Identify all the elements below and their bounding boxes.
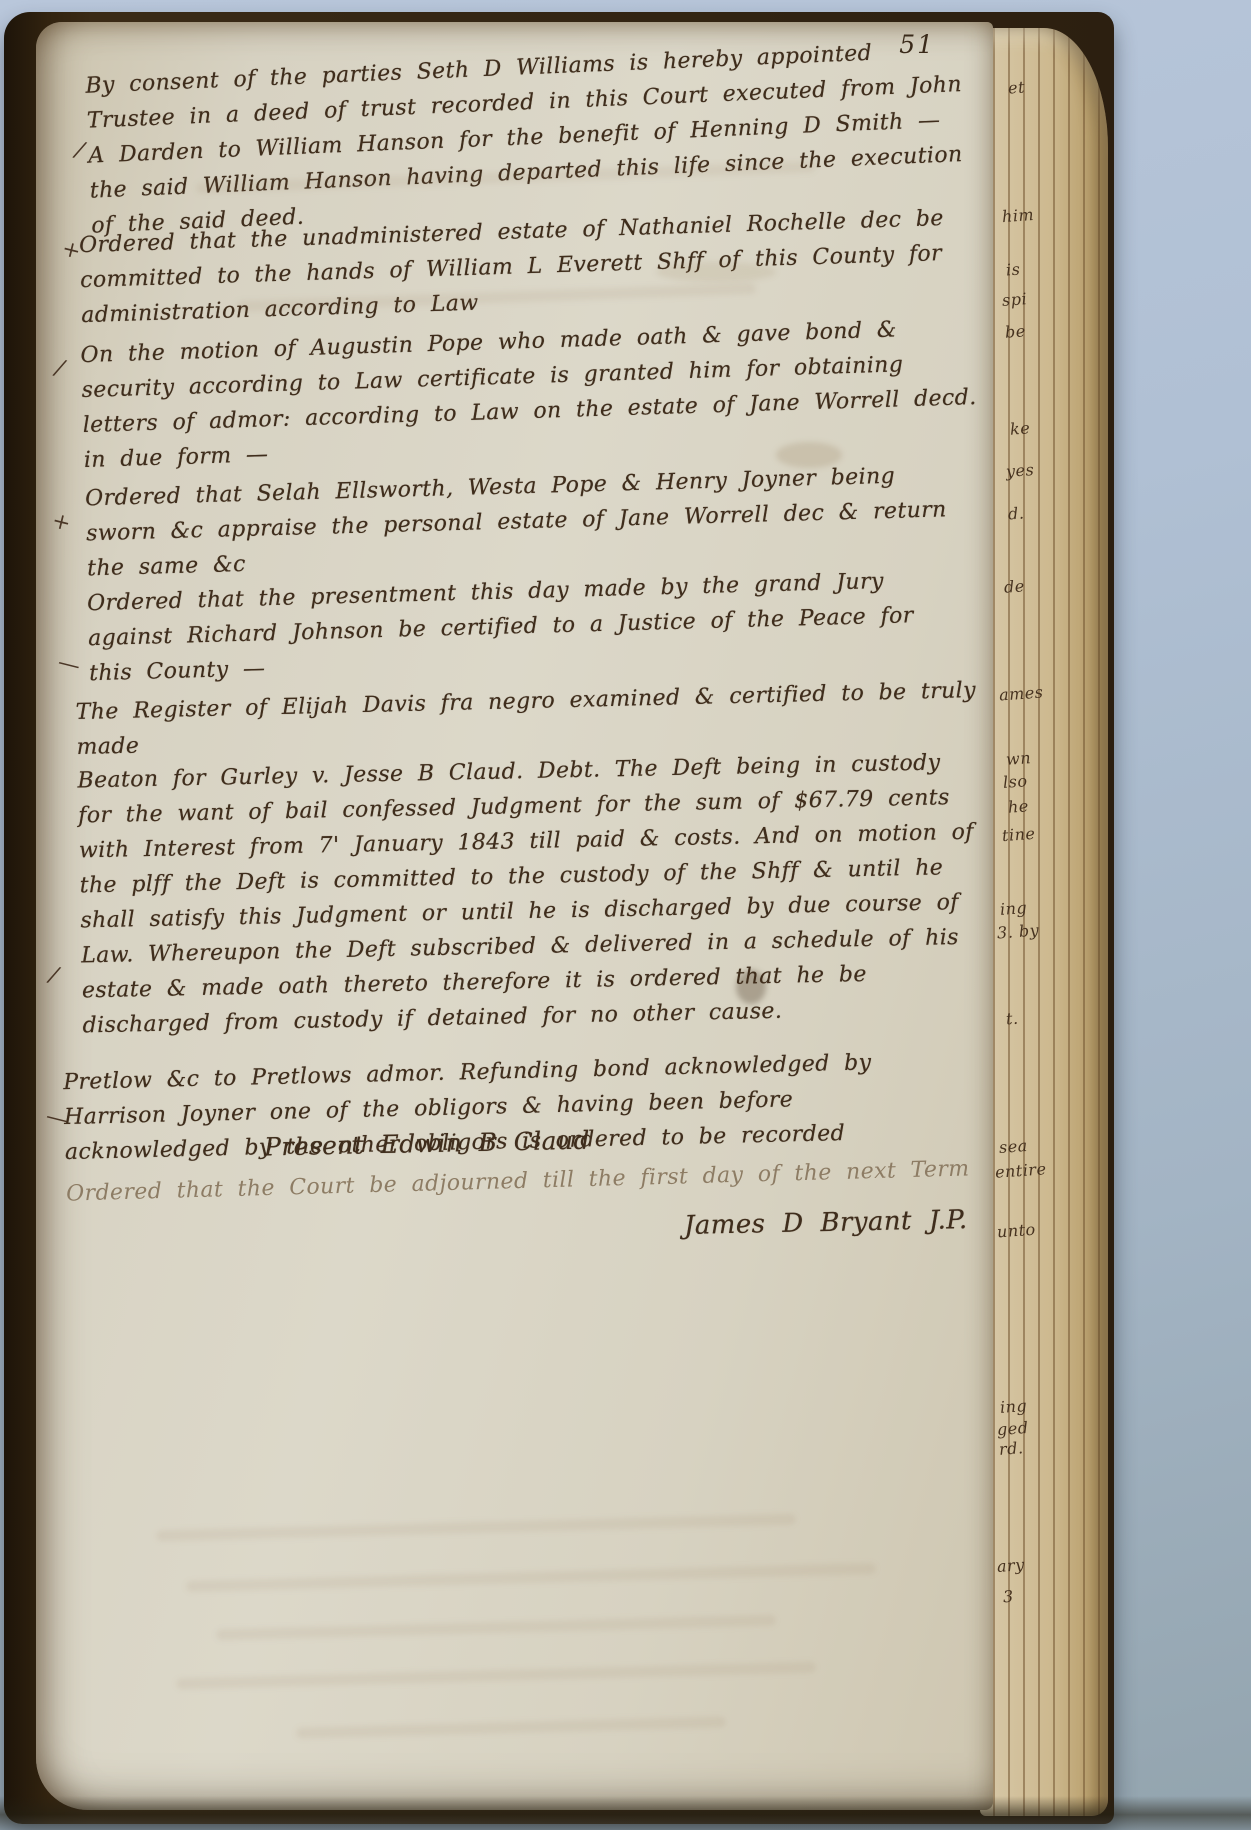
margin-tick-mark: — bbox=[55, 650, 82, 680]
next-page-text-fragment: ames bbox=[998, 682, 1044, 704]
margin-tick-mark: ∕ bbox=[53, 355, 66, 381]
next-page-text-fragment: 3. by bbox=[996, 921, 1039, 943]
next-page-text-fragment: him bbox=[1001, 205, 1034, 226]
stain bbox=[776, 442, 842, 468]
next-page-text-fragment: spi bbox=[1001, 289, 1027, 310]
bleedthrough-mark bbox=[156, 1514, 796, 1542]
next-page-text-fragment: 3 bbox=[1002, 1587, 1014, 1607]
stain bbox=[736, 970, 766, 1004]
next-page-text-fragment: unto bbox=[996, 1220, 1036, 1242]
manuscript-page: 51 By consent of the parties Seth D Will… bbox=[36, 22, 993, 1810]
bleedthrough-mark bbox=[186, 1563, 876, 1592]
next-page-text-fragment: ary bbox=[996, 1555, 1025, 1576]
bleedthrough-mark bbox=[296, 1716, 726, 1738]
next-page-text-fragment: de bbox=[1003, 576, 1025, 596]
next-page-text-fragment: ing bbox=[999, 898, 1027, 919]
next-page-text-fragment: is bbox=[1005, 260, 1021, 280]
next-page-text-fragment: rd. bbox=[998, 1438, 1024, 1459]
next-page-text-fragment: sea bbox=[998, 1136, 1028, 1157]
court-entry: On the motion of Augustin Pope who made … bbox=[80, 310, 979, 478]
photo-backdrop: et him is spi be ke yes d. de ames wn ls… bbox=[0, 0, 1251, 1830]
next-page-text-fragment: et bbox=[1007, 77, 1025, 97]
margin-tick-mark: ∕ bbox=[73, 137, 86, 163]
next-page-text-fragment: t. bbox=[1005, 1009, 1019, 1029]
next-page-text-fragment: he bbox=[1007, 796, 1029, 816]
bleedthrough-mark bbox=[216, 1615, 776, 1641]
next-page-text-fragment: yes bbox=[1005, 460, 1034, 481]
margin-tick-mark: + bbox=[49, 508, 73, 537]
next-page-text-fragment: ged bbox=[996, 1418, 1029, 1439]
next-page-text-fragment: tine bbox=[1001, 824, 1036, 845]
bleedthrough-mark bbox=[176, 1662, 816, 1690]
next-page-text-fragment: entire bbox=[994, 1159, 1047, 1182]
next-page-text-fragment: lso bbox=[1002, 771, 1028, 792]
justice-signature: James D Bryant J.P. bbox=[684, 1203, 968, 1244]
margin-tick-mark: ∕ bbox=[47, 962, 60, 988]
stain bbox=[656, 262, 776, 282]
court-entry: Beaton for Gurley v. Jesse B Claud. Debt… bbox=[77, 745, 983, 1044]
next-page-text-fragment: ke bbox=[1009, 418, 1030, 438]
next-page-text-fragment: d. bbox=[1007, 503, 1025, 523]
table-shadow bbox=[0, 1796, 1251, 1830]
next-page-text-fragment: wn bbox=[1005, 748, 1031, 769]
next-page-text-fragment: ing bbox=[999, 1396, 1027, 1417]
page-stack-edges bbox=[980, 28, 1108, 1816]
next-page-text-fragment: be bbox=[1004, 321, 1026, 341]
